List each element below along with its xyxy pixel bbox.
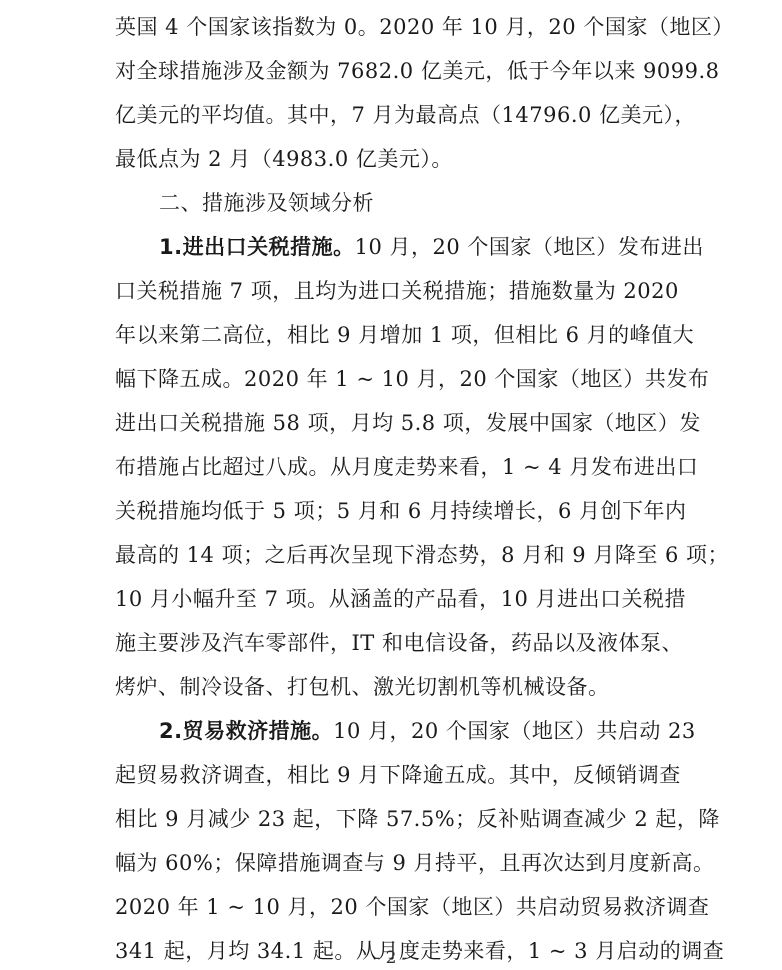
text-line: 关税措施均低于 5 项；5 月和 6 月持续增长，6 月创下年内 xyxy=(115,489,671,533)
text-line: 亿美元的平均值。其中，7 月为最高点（14796.0 亿美元）， xyxy=(115,93,671,137)
text-line: 英国 4 个国家该指数为 0。2020 年 10 月，20 个国家（地区） xyxy=(115,5,671,49)
text-line: 幅下降五成。2020 年 1 ~ 10 月，20 个国家（地区）共发布 xyxy=(115,357,671,401)
document-page: 英国 4 个国家该指数为 0。2020 年 10 月，20 个国家（地区） 对全… xyxy=(115,5,671,970)
subsection-first-line-text: 10 月，20 个国家（地区）发布进出 xyxy=(355,235,704,259)
text-line: 2020 年 1 ~ 10 月，20 个国家（地区）共启动贸易救济调查 xyxy=(115,885,671,929)
subsection-first-line: 1.进出口关税措施。10 月，20 个国家（地区）发布进出 xyxy=(115,225,671,269)
page-number: - 2 - xyxy=(0,948,782,968)
text-line: 对全球措施涉及金额为 7682.0 亿美元，低于今年以来 9099.8 xyxy=(115,49,671,93)
subsection-title: 1.进出口关税措施。 xyxy=(159,235,355,259)
subsection-first-line: 2.贸易救济措施。10 月，20 个国家（地区）共启动 23 xyxy=(115,709,671,753)
text-line: 10 月小幅升至 7 项。从涵盖的产品看，10 月进出口关税措 xyxy=(115,577,671,621)
subsection-tariff-measures: 1.进出口关税措施。10 月，20 个国家（地区）发布进出 口关税措施 7 项，… xyxy=(115,225,671,709)
text-line: 烤炉、制冷设备、打包机、激光切割机等机械设备。 xyxy=(115,665,671,709)
text-line: 布措施占比超过八成。从月度走势来看，1 ~ 4 月发布进出口 xyxy=(115,445,671,489)
text-line: 起贸易救济调查，相比 9 月下降逾五成。其中，反倾销调查 xyxy=(115,753,671,797)
text-line: 口关税措施 7 项，且均为进口关税措施；措施数量为 2020 xyxy=(115,269,671,313)
text-line: 幅为 60%；保障措施调查与 9 月持平，且再次达到月度新高。 xyxy=(115,841,671,885)
subsection-first-line-text: 10 月，20 个国家（地区）共启动 23 xyxy=(333,719,696,743)
text-line: 最高的 14 项；之后再次呈现下滑态势，8 月和 9 月降至 6 项； xyxy=(115,533,671,577)
text-line: 年以来第二高位，相比 9 月增加 1 项，但相比 6 月的峰值大 xyxy=(115,313,671,357)
text-line: 进出口关税措施 58 项，月均 5.8 项，发展中国家（地区）发 xyxy=(115,401,671,445)
text-line: 相比 9 月减少 23 起，下降 57.5%；反补贴调查减少 2 起，降 xyxy=(115,797,671,841)
subsection-title: 2.贸易救济措施。 xyxy=(159,719,333,743)
text-line: 施主要涉及汽车零部件，IT 和电信设备，药品以及液体泵、 xyxy=(115,621,671,665)
section-heading: 二、措施涉及领域分析 xyxy=(115,181,671,225)
text-line: 最低点为 2 月（4983.0 亿美元）。 xyxy=(115,137,671,181)
paragraph-global-amount: 英国 4 个国家该指数为 0。2020 年 10 月，20 个国家（地区） 对全… xyxy=(115,5,671,181)
subsection-trade-remedy: 2.贸易救济措施。10 月，20 个国家（地区）共启动 23 起贸易救济调查，相… xyxy=(115,709,671,970)
